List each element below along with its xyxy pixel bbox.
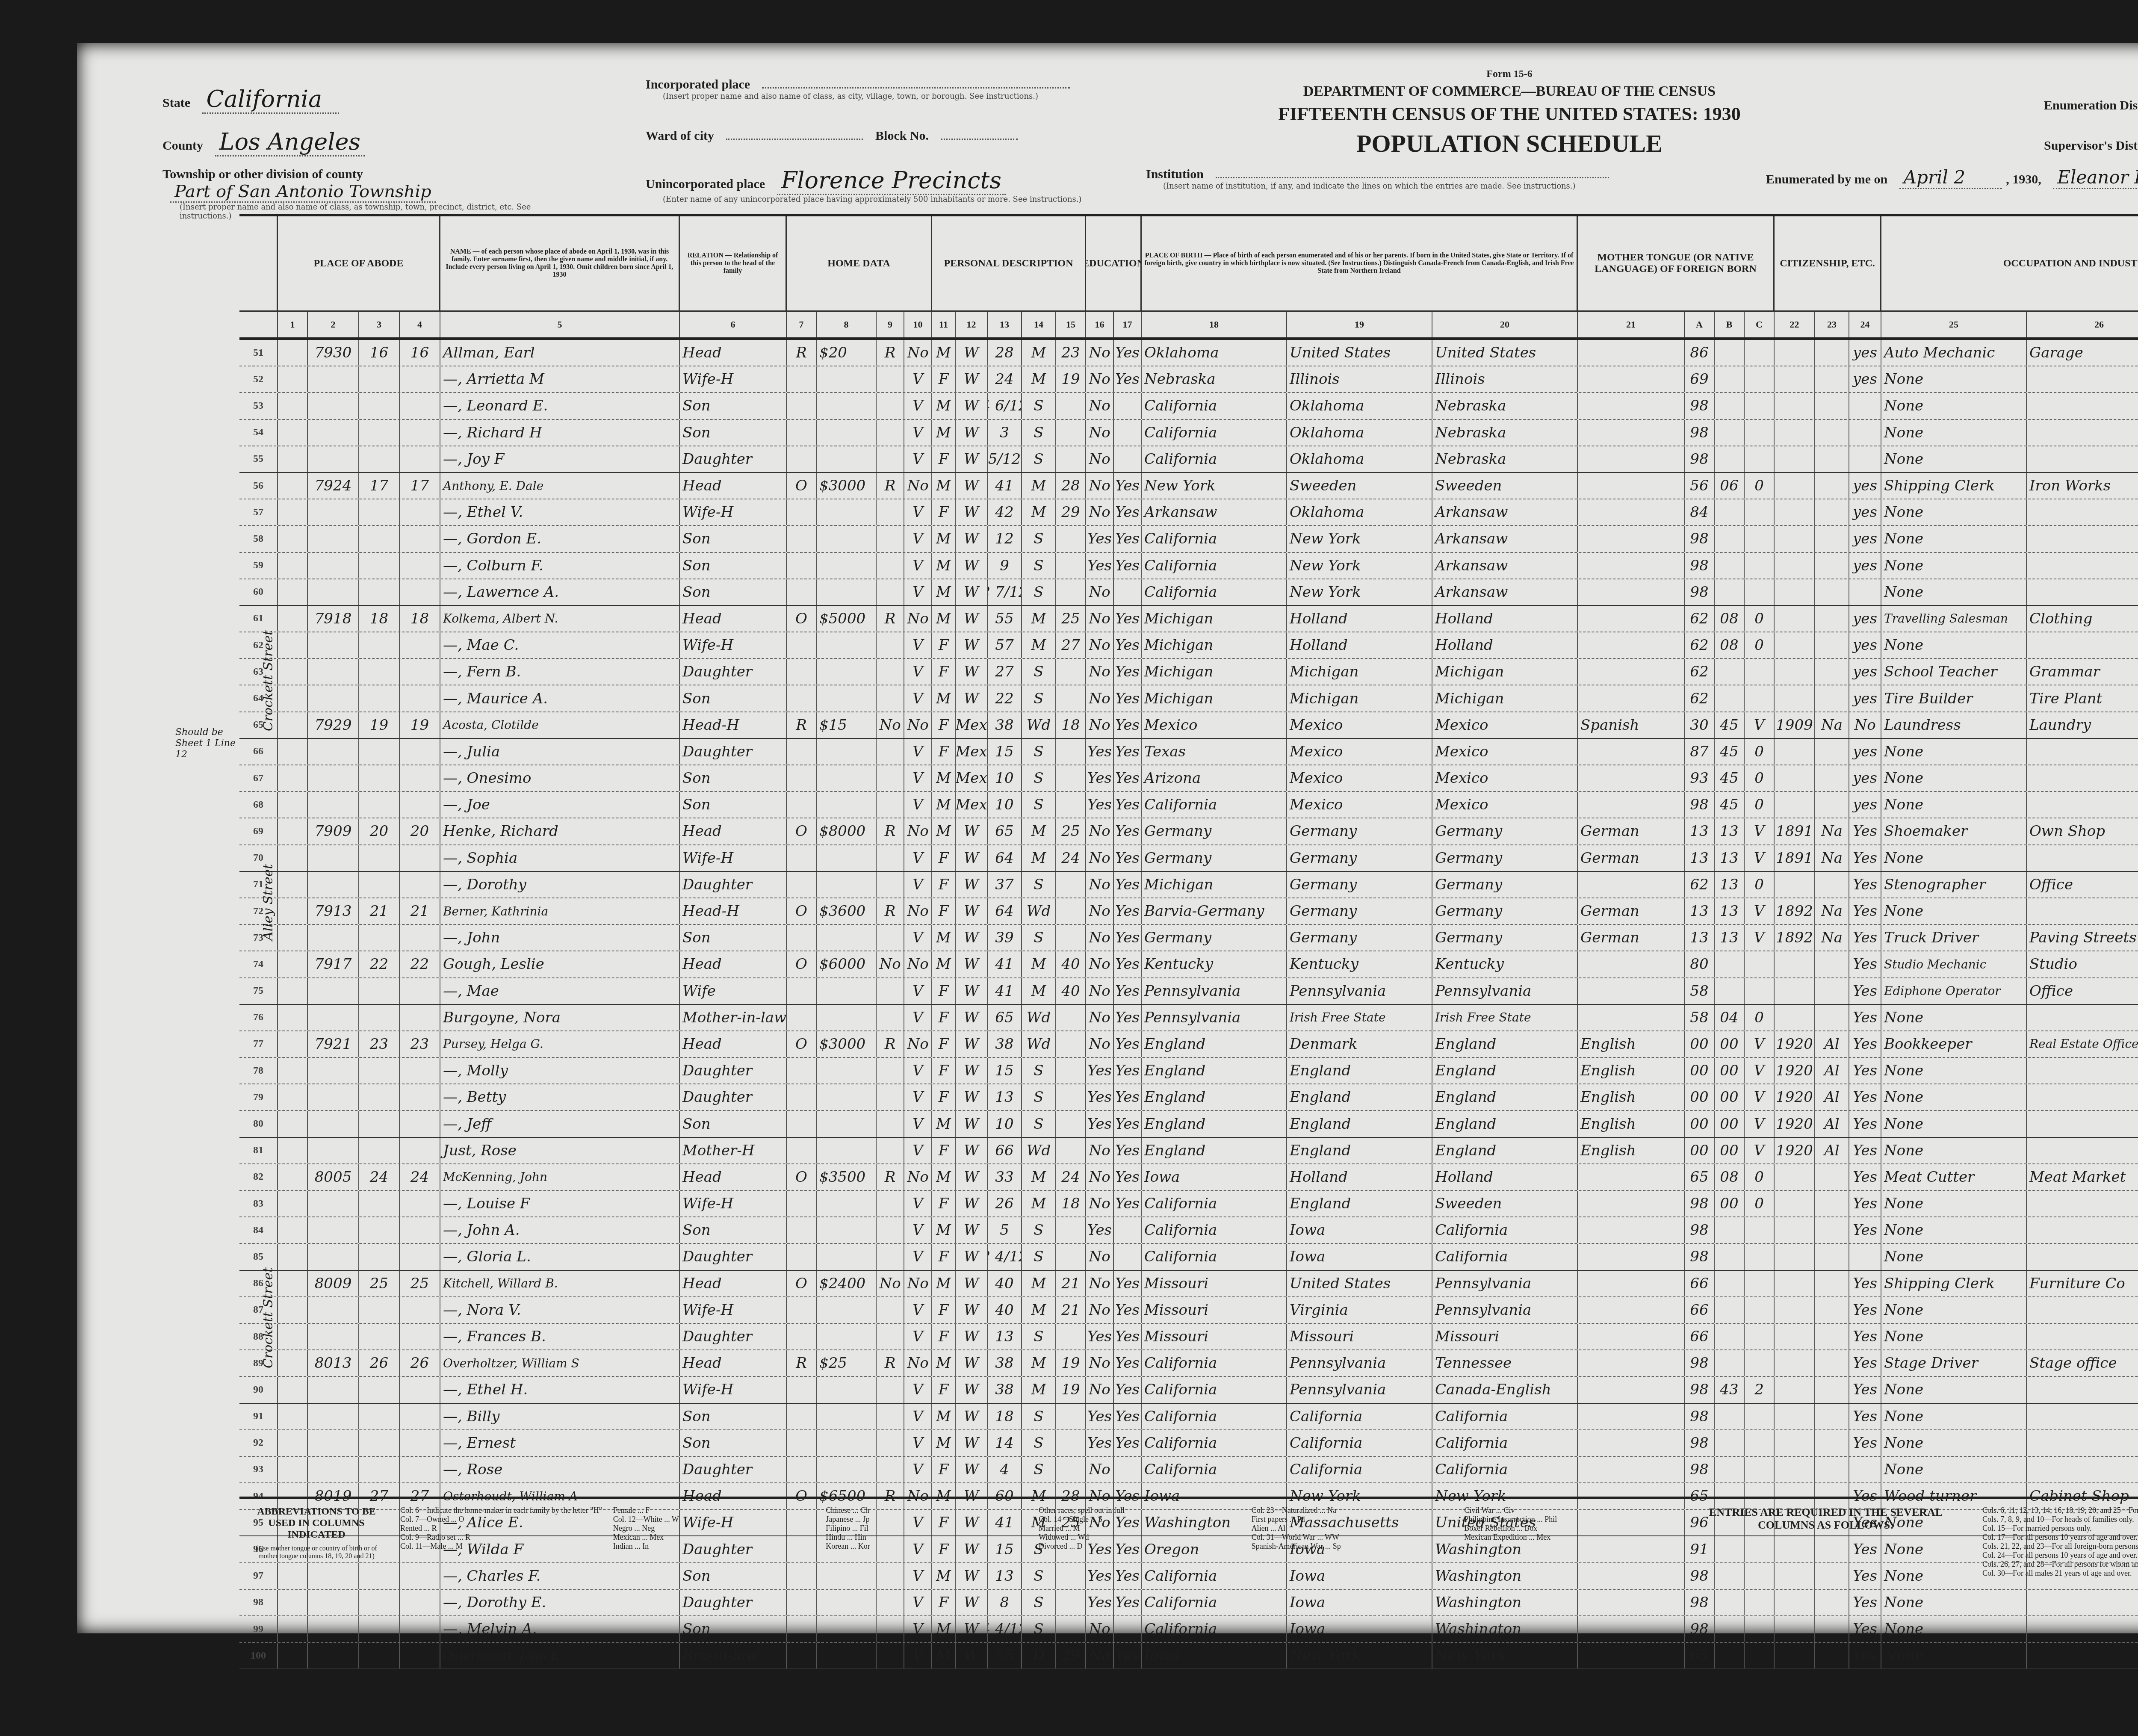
cell-farm: V <box>904 632 932 658</box>
cell-street <box>278 818 308 844</box>
cell-naturalization <box>1815 1350 1849 1376</box>
cell-birth-person: California <box>1142 420 1287 446</box>
cell-code-a: 13 <box>1685 818 1715 844</box>
cell-marital: M <box>1022 818 1056 844</box>
cell-family <box>400 1377 440 1402</box>
cell-relation: Wife-H <box>680 366 787 392</box>
cell-relation: Son <box>680 526 787 552</box>
table-row: 75—, MaeWifeVFW41M40NoYesPennsylvaniaPen… <box>239 978 2138 1005</box>
cell-relation: Daughter <box>680 872 787 898</box>
abbreviation-item: Widowed ... Wd <box>1039 1533 1244 1542</box>
cell-industry <box>2027 1324 2138 1349</box>
cell-age-marriage: 29 <box>1056 499 1086 525</box>
cell-code-c <box>1745 685 1775 711</box>
cell-occupation: Meat Cutter <box>1881 1164 2027 1190</box>
cell-line: 51 <box>239 340 278 366</box>
cell-birth-mother: Kentucky <box>1432 951 1578 977</box>
cell-name: —, Mae <box>440 978 680 1004</box>
cell-family <box>400 739 440 765</box>
cell-line: 56 <box>239 473 278 499</box>
cell-immigration <box>1775 420 1815 446</box>
cell-age: 14 <box>988 1430 1022 1456</box>
table-row: 60—, Lawernce A.SonVMW2 7/12SNoCaliforni… <box>239 579 2138 606</box>
cell-age: 26 <box>988 1191 1022 1216</box>
cell-birth-person: Pennsylvania <box>1142 978 1287 1004</box>
cell-language <box>1578 659 1685 685</box>
cell-birth-person: California <box>1142 526 1287 552</box>
cell-radio <box>877 925 904 951</box>
cell-birth-father: England <box>1287 1191 1432 1216</box>
cell-code-a: 93 <box>1685 765 1715 791</box>
cell-house <box>308 579 359 605</box>
cell-school: No <box>1086 845 1114 871</box>
cell-school: Yes <box>1086 1430 1114 1456</box>
cell-occupation: None <box>1881 1297 2027 1323</box>
cell-race: W <box>956 1138 988 1163</box>
cell-family <box>400 1138 440 1163</box>
cell-dwelling <box>359 1217 400 1243</box>
cell-sex: F <box>932 1084 956 1110</box>
cell-language <box>1578 1616 1685 1642</box>
cell-value <box>817 978 877 1004</box>
cell-read <box>1114 579 1142 605</box>
cell-race: W <box>956 1457 988 1482</box>
cell-immigration: 1920 <box>1775 1111 1815 1137</box>
cell-code-c <box>1745 366 1775 392</box>
cell-birth-mother: Washington <box>1432 1616 1578 1642</box>
cell-sex: F <box>932 712 956 738</box>
cell-immigration <box>1775 872 1815 898</box>
cell-birth-father: Iowa <box>1287 1217 1432 1243</box>
cell-english: Yes <box>1849 845 1881 871</box>
cell-marital: S <box>1022 420 1056 446</box>
cell-name: —, Richard H <box>440 420 680 446</box>
cell-owned <box>787 366 817 392</box>
cell-house: 7930 <box>308 340 359 366</box>
cell-sex: M <box>932 1164 956 1190</box>
cell-birth-father: Holland <box>1287 606 1432 632</box>
cell-relation: Son <box>680 925 787 951</box>
cell-birth-father: Mexico <box>1287 792 1432 818</box>
cell-code-c: V <box>1745 925 1775 951</box>
cell-race: W <box>956 685 988 711</box>
cell-house: 7917 <box>308 951 359 977</box>
cell-industry <box>2027 1058 2138 1084</box>
cell-naturalization <box>1815 499 1849 525</box>
cell-radio <box>877 420 904 446</box>
cell-immigration <box>1775 446 1815 472</box>
cell-radio <box>877 446 904 472</box>
cell-school: No <box>1086 1138 1114 1163</box>
required-entry-item: Cols. 7, 8, 9, and 10—For heads of famil… <box>1982 1515 2138 1524</box>
cell-industry <box>2027 1457 2138 1482</box>
column-number: 19 <box>1287 312 1432 337</box>
cell-owned <box>787 925 817 951</box>
cell-naturalization <box>1815 553 1849 579</box>
cell-code-b <box>1715 978 1745 1004</box>
cell-family <box>400 499 440 525</box>
cell-dwelling <box>359 1643 400 1668</box>
cell-age: 37 <box>988 872 1022 898</box>
cell-farm: V <box>904 1005 932 1030</box>
cell-radio <box>877 579 904 605</box>
cell-dwelling <box>359 1058 400 1084</box>
cell-birth-mother: Arkansaw <box>1432 526 1578 552</box>
cell-relation: Mother-H <box>680 1138 787 1163</box>
cell-code-a: 00 <box>1685 1084 1715 1110</box>
cell-birth-father: Holland <box>1287 1164 1432 1190</box>
abbreviation-item: Hindu ... Hin <box>826 1533 1031 1542</box>
cell-street <box>278 1377 308 1402</box>
cell-owned <box>787 659 817 685</box>
cell-sex: M <box>932 606 956 632</box>
cell-farm: V <box>904 499 932 525</box>
cell-sex: F <box>932 978 956 1004</box>
cell-family <box>400 1191 440 1216</box>
cell-read: Yes <box>1114 366 1142 392</box>
cell-school: No <box>1086 1244 1114 1270</box>
cell-radio <box>877 1191 904 1216</box>
cell-code-a: 84 <box>1685 499 1715 525</box>
cell-age-marriage <box>1056 685 1086 711</box>
enumerated-field: Enumerated by me on April 2 , 1930, Elea… <box>1766 167 2138 189</box>
cell-value: $8000 <box>817 818 877 844</box>
table-row: 70—, SophiaWife-HVFW64M24NoYesGermanyGer… <box>239 845 2138 872</box>
cell-occupation: None <box>1881 1457 2027 1482</box>
cell-birth-person: Michigan <box>1142 659 1287 685</box>
cell-school: Yes <box>1086 1404 1114 1429</box>
cell-read: Yes <box>1114 659 1142 685</box>
cell-read: Yes <box>1114 340 1142 366</box>
cell-house: 8013 <box>308 1350 359 1376</box>
cell-birth-person: California <box>1142 1404 1287 1429</box>
cell-occupation: None <box>1881 845 2027 871</box>
cell-house <box>308 632 359 658</box>
cell-farm: V <box>904 1404 932 1429</box>
cell-english: Yes <box>1849 1005 1881 1030</box>
abbreviation-item: Married ... M <box>1039 1524 1244 1533</box>
cell-sex: F <box>932 659 956 685</box>
cell-dwelling <box>359 1084 400 1110</box>
cell-read: Yes <box>1114 898 1142 924</box>
cell-birth-person: California <box>1142 1217 1287 1243</box>
cell-owned <box>787 420 817 446</box>
table-row: 100Osterhoudt, John E.Bro-in-lawVMW55D29… <box>239 1643 2138 1669</box>
cell-birth-father: Iowa <box>1287 1244 1432 1270</box>
cell-read: Yes <box>1114 765 1142 791</box>
cell-age: 15 <box>988 1058 1022 1084</box>
cell-farm: V <box>904 366 932 392</box>
cell-line: 74 <box>239 951 278 977</box>
cell-birth-person: Missouri <box>1142 1297 1287 1323</box>
column-number: 22 <box>1775 312 1815 337</box>
cell-street <box>278 1031 308 1057</box>
cell-birth-father: Virginia <box>1287 1297 1432 1323</box>
cell-sex: M <box>932 1430 956 1456</box>
cell-read: Yes <box>1114 1324 1142 1349</box>
abbreviation-item: Other races, spell out in full <box>1039 1506 1244 1515</box>
cell-dwelling: 20 <box>359 818 400 844</box>
cell-language <box>1578 1377 1685 1402</box>
cell-relation: Son <box>680 1430 787 1456</box>
cell-code-a: 98 <box>1685 579 1715 605</box>
cell-industry: Tire Plant <box>2027 685 2138 711</box>
cell-sex: M <box>932 393 956 419</box>
cell-code-c <box>1745 1350 1775 1376</box>
cell-race: W <box>956 1643 988 1668</box>
cell-owned <box>787 632 817 658</box>
cell-birth-father: Michigan <box>1287 659 1432 685</box>
cell-family <box>400 526 440 552</box>
cell-birth-person: California <box>1142 1430 1287 1456</box>
cell-race: W <box>956 1191 988 1216</box>
cell-birth-person: Michigan <box>1142 872 1287 898</box>
cell-birth-mother: Pennsylvania <box>1432 978 1578 1004</box>
cell-sex: M <box>932 925 956 951</box>
cell-code-c <box>1745 340 1775 366</box>
cell-race: Mex <box>956 765 988 791</box>
cell-birth-person: Germany <box>1142 818 1287 844</box>
cell-english: yes <box>1849 366 1881 392</box>
cell-birth-father: United States <box>1287 340 1432 366</box>
cell-birth-person: California <box>1142 792 1287 818</box>
cell-immigration: 1920 <box>1775 1031 1815 1057</box>
cell-name: —, Arrietta M <box>440 366 680 392</box>
cell-farm: V <box>904 925 932 951</box>
cell-occupation: None <box>1881 526 2027 552</box>
column-number: 13 <box>988 312 1022 337</box>
cell-naturalization <box>1815 526 1849 552</box>
cell-race: W <box>956 473 988 499</box>
cell-occupation: None <box>1881 1058 2027 1084</box>
cell-naturalization <box>1815 473 1849 499</box>
cell-race: W <box>956 1005 988 1030</box>
cell-marital: S <box>1022 1324 1056 1349</box>
cell-english: No <box>1849 712 1881 738</box>
cell-age-marriage <box>1056 1457 1086 1482</box>
cell-language <box>1578 1643 1685 1668</box>
cell-school: Yes <box>1086 765 1114 791</box>
cell-name: Allman, Earl <box>440 340 680 366</box>
cell-relation: Son <box>680 1111 787 1137</box>
cell-dwelling: 21 <box>359 898 400 924</box>
cell-value <box>817 393 877 419</box>
cell-english: yes <box>1849 606 1881 632</box>
cell-age: 42 <box>988 499 1022 525</box>
cell-age: 64 <box>988 845 1022 871</box>
cell-dwelling: 17 <box>359 473 400 499</box>
cell-code-b <box>1715 446 1745 472</box>
cell-marital: S <box>1022 685 1056 711</box>
cell-marital: S <box>1022 446 1056 472</box>
cell-marital: M <box>1022 473 1056 499</box>
cell-language: English <box>1578 1031 1685 1057</box>
cell-street <box>278 765 308 791</box>
cell-language <box>1578 1457 1685 1482</box>
cell-dwelling <box>359 393 400 419</box>
cell-race: W <box>956 1271 988 1296</box>
cell-birth-mother: Nebraska <box>1432 420 1578 446</box>
cell-birth-mother: New York <box>1432 1643 1578 1668</box>
cell-line: 54 <box>239 420 278 446</box>
cell-industry: Stage office <box>2027 1350 2138 1376</box>
cell-radio <box>877 978 904 1004</box>
cell-relation: Daughter <box>680 739 787 765</box>
cell-birth-father: Pennsylvania <box>1287 978 1432 1004</box>
cell-code-a: 98 <box>1685 1457 1715 1482</box>
cell-code-c <box>1745 1643 1775 1668</box>
abbreviation-list: Col. 6—Indicate the home-maker in each f… <box>393 1499 1676 1610</box>
cell-code-a: 86 <box>1685 340 1715 366</box>
cell-age-marriage <box>1056 792 1086 818</box>
cell-age-marriage: 27 <box>1056 632 1086 658</box>
required-entry-item: Cols. 21, 22, and 23—For all foreign-bor… <box>1982 1542 2138 1551</box>
footer-instructions: ABBREVIATIONS TO BE USED IN COLUMNS INDI… <box>239 1497 2138 1610</box>
cell-marital: S <box>1022 1404 1056 1429</box>
cell-birth-mother: Arkansaw <box>1432 553 1578 579</box>
cell-english <box>1849 393 1881 419</box>
cell-race: W <box>956 632 988 658</box>
cell-line: 69 <box>239 818 278 844</box>
cell-house: 7924 <box>308 473 359 499</box>
cell-line: 79 <box>239 1084 278 1110</box>
cell-language <box>1578 1297 1685 1323</box>
cell-birth-father: New York <box>1287 526 1432 552</box>
cell-family: 19 <box>400 712 440 738</box>
cell-street <box>278 1457 308 1482</box>
cell-age-marriage <box>1056 1005 1086 1030</box>
table-row: 6979092020Henke, RichardHeadO$8000RNoMW6… <box>239 818 2138 845</box>
cell-birth-person: Pennsylvania <box>1142 1005 1287 1030</box>
cell-radio <box>877 1244 904 1270</box>
cell-relation: Wife-H <box>680 1377 787 1402</box>
cell-radio <box>877 1084 904 1110</box>
cell-industry <box>2027 898 2138 924</box>
cell-industry: Laundry <box>2027 712 2138 738</box>
cell-age: 10 <box>988 792 1022 818</box>
cell-street <box>278 579 308 605</box>
cell-immigration <box>1775 1164 1815 1190</box>
cell-birth-person: New York <box>1142 473 1287 499</box>
cell-family <box>400 579 440 605</box>
cell-birth-father: Mexico <box>1287 712 1432 738</box>
cell-name: —, Gloria L. <box>440 1244 680 1270</box>
cell-relation: Bro-in-law <box>680 1643 787 1668</box>
cell-sex: M <box>932 1271 956 1296</box>
cell-age-marriage <box>1056 1031 1086 1057</box>
cell-owned <box>787 1404 817 1429</box>
abbreviation-item: Indian ... In <box>613 1542 818 1551</box>
title-block: Form 15-6 DEPARTMENT OF COMMERCE—BUREAU … <box>1125 68 1894 158</box>
cell-school: Yes <box>1086 553 1114 579</box>
table-row: 5679241717Anthony, E. DaleHeadO$3000RNoM… <box>239 473 2138 499</box>
cell-sex: F <box>932 1005 956 1030</box>
cell-marital: S <box>1022 1084 1056 1110</box>
cell-school: No <box>1086 473 1114 499</box>
cell-english: Yes <box>1849 925 1881 951</box>
cell-radio <box>877 1324 904 1349</box>
cell-language: English <box>1578 1111 1685 1137</box>
cell-school: No <box>1086 1031 1114 1057</box>
cell-name: —, John A. <box>440 1217 680 1243</box>
cell-birth-person: California <box>1142 446 1287 472</box>
cell-industry: Office <box>2027 978 2138 1004</box>
cell-code-b <box>1715 1616 1745 1642</box>
cell-birth-mother: Missouri <box>1432 1324 1578 1349</box>
cell-marital: M <box>1022 1164 1056 1190</box>
cell-age-marriage <box>1056 553 1086 579</box>
cell-code-c <box>1745 978 1775 1004</box>
cell-age: 13 <box>988 1084 1022 1110</box>
cell-house <box>308 1457 359 1482</box>
cell-value <box>817 446 877 472</box>
cell-race: W <box>956 1616 988 1642</box>
cell-dwelling <box>359 366 400 392</box>
cell-family <box>400 632 440 658</box>
cell-naturalization: Na <box>1815 925 1849 951</box>
cell-farm: V <box>904 685 932 711</box>
cell-code-b <box>1715 685 1745 711</box>
cell-english: Yes <box>1849 1031 1881 1057</box>
cell-street <box>278 1350 308 1376</box>
cell-code-c: V <box>1745 845 1775 871</box>
cell-line: 80 <box>239 1111 278 1137</box>
cell-race: W <box>956 606 988 632</box>
cell-age-marriage <box>1056 765 1086 791</box>
cell-family <box>400 420 440 446</box>
cell-occupation: Shipping Clerk <box>1881 1271 2027 1296</box>
cell-occupation: None <box>1881 898 2027 924</box>
cell-family: 22 <box>400 951 440 977</box>
cell-code-c: 0 <box>1745 792 1775 818</box>
cell-immigration <box>1775 579 1815 605</box>
cell-race: W <box>956 818 988 844</box>
cell-occupation: Shoemaker <box>1881 818 2027 844</box>
cell-radio: R <box>877 1031 904 1057</box>
cell-value: $6000 <box>817 951 877 977</box>
cell-owned <box>787 872 817 898</box>
cell-farm: V <box>904 526 932 552</box>
cell-dwelling <box>359 1111 400 1137</box>
cell-age: 40 <box>988 1271 1022 1296</box>
cell-industry <box>2027 499 2138 525</box>
cell-code-c <box>1745 499 1775 525</box>
cell-language <box>1578 526 1685 552</box>
cell-read <box>1114 393 1142 419</box>
cell-naturalization <box>1815 872 1849 898</box>
cell-dwelling <box>359 1616 400 1642</box>
cell-farm: V <box>904 1324 932 1349</box>
cell-birth-mother: Sweeden <box>1432 473 1578 499</box>
cell-birth-mother: Nebraska <box>1432 446 1578 472</box>
cell-school: Yes <box>1086 1084 1114 1110</box>
cell-marital: S <box>1022 1058 1056 1084</box>
cell-english: Yes <box>1849 1191 1881 1216</box>
cell-industry <box>2027 1191 2138 1216</box>
cell-age-marriage: 24 <box>1056 1164 1086 1190</box>
cell-sex: F <box>932 499 956 525</box>
cell-street <box>278 845 308 871</box>
cell-english <box>1849 446 1881 472</box>
cell-race: Mex <box>956 792 988 818</box>
cell-dwelling <box>359 739 400 765</box>
cell-language <box>1578 420 1685 446</box>
cell-occupation: None <box>1881 499 2027 525</box>
cell-language <box>1578 553 1685 579</box>
required-entry-item: Col. 15—For married persons only. <box>1982 1524 2138 1533</box>
cell-code-c <box>1745 1324 1775 1349</box>
cell-immigration <box>1775 1643 1815 1668</box>
